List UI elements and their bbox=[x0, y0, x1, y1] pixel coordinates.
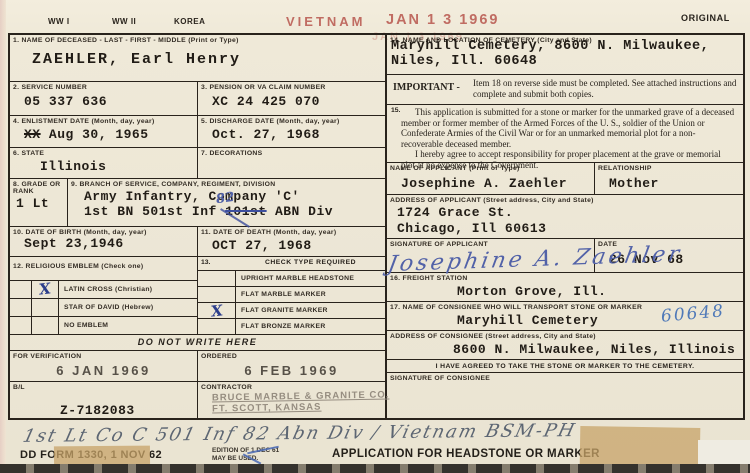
field-label: 11. DATE OF DEATH (Month, day, year) bbox=[198, 227, 385, 237]
field-label: SIGNATURE OF CONSIGNEE bbox=[387, 373, 743, 383]
type-option-flat-marble: FLAT MARBLE MARKER bbox=[198, 286, 385, 302]
field-number: 15. bbox=[391, 107, 400, 114]
grade-rank-value: 1 Lt bbox=[10, 195, 67, 211]
field-label: 3. PENSION OR VA CLAIM NUMBER bbox=[198, 82, 385, 92]
cemetery-line2: Niles, Ill. 60648 bbox=[391, 54, 743, 69]
field-cemetery-name-location: 14. NAME AND LOCATION OF CEMETERY (City … bbox=[387, 35, 743, 75]
va-claim-value: XC 24 425 070 bbox=[198, 92, 385, 109]
field-label: 5. DISCHARGE DATE (Month, day, year) bbox=[198, 116, 385, 126]
received-date-stamp: JAN 1 3 1969 bbox=[386, 12, 499, 28]
option-label: UPRIGHT MARBLE HEADSTONE bbox=[236, 271, 385, 286]
field-applicant-address: ADDRESS OF APPLICANT (Street address, Ci… bbox=[387, 195, 743, 239]
field-label: ORDERED bbox=[198, 351, 385, 361]
emblem-checkbox: X bbox=[32, 281, 59, 298]
branch-line2: 1st BN 501st Inf 101st ABN Div 82 bbox=[68, 204, 385, 219]
enlistment-date-value: XX Aug 30, 1965 bbox=[10, 125, 197, 142]
field-consignee-signature: SIGNATURE OF CONSIGNEE bbox=[387, 373, 743, 418]
applicant-name-value: Josephine A. Zaehler bbox=[387, 173, 594, 191]
do-not-write-band: DO NOT WRITE HERE bbox=[10, 335, 385, 351]
row-grade-branch: 8. GRADE OR RANK 1 Lt 9. BRANCH OF SERVI… bbox=[10, 179, 385, 226]
field-label: 4. ENLISTMENT DATE (Month, day, year) bbox=[10, 116, 197, 126]
field-grade-rank: 8. GRADE OR RANK 1 Lt bbox=[10, 179, 68, 225]
row-birth-death: 10. DATE OF BIRTH (Month, day, year) Sep… bbox=[10, 227, 385, 258]
deceased-name-value: ZAEHLER, Earl Henry bbox=[10, 45, 385, 68]
field-label: B/L bbox=[10, 382, 197, 392]
cemetery-line1: Maryhill Cemetery, 8600 N. Milwaukee, bbox=[391, 39, 743, 54]
field-service-number: 2. SERVICE NUMBER 05 337 636 bbox=[10, 82, 198, 115]
tape-fragment bbox=[580, 426, 701, 467]
field-discharge-date: 5. DISCHARGE DATE (Month, day, year) Oct… bbox=[198, 116, 385, 147]
field-label: 10. DATE OF BIRTH (Month, day, year) bbox=[10, 227, 197, 237]
option-label: FLAT BRONZE MARKER bbox=[236, 319, 385, 334]
applicant-address-line2: Chicago, Ill 60613 bbox=[387, 221, 743, 237]
field-date-of-birth: 10. DATE OF BIRTH (Month, day, year) Sep… bbox=[10, 227, 198, 257]
paper-corner bbox=[698, 440, 750, 466]
field-label: 12. RELIGIOUS EMBLEM (Check one) bbox=[10, 257, 197, 280]
field-name-of-deceased: 1. NAME OF DECEASED - LAST - FIRST - MID… bbox=[10, 35, 385, 82]
dd-form-1330: 1. NAME OF DECEASED - LAST - FIRST - MID… bbox=[8, 33, 745, 420]
important-label: IMPORTANT - bbox=[387, 75, 469, 93]
field-applicant-name: NAME OF APPLICANT (Print or Type) Joseph… bbox=[387, 163, 595, 194]
emblem-option-no-emblem: NO EMBLEM bbox=[10, 316, 197, 334]
field-label: 7. DECORATIONS bbox=[198, 148, 385, 158]
row-applicant-relationship: NAME OF APPLICANT (Print or Type) Joseph… bbox=[387, 163, 743, 195]
verification-date-stamp: 6 JAN 1969 bbox=[10, 363, 197, 378]
discharge-date-value: Oct. 27, 1968 bbox=[198, 125, 385, 142]
death-date-value: OCT 27, 1968 bbox=[198, 236, 385, 253]
bl-number-value: Z-7182083 bbox=[10, 391, 197, 418]
field-state: 6. STATE Illinois bbox=[10, 148, 198, 179]
emblem-checkbox bbox=[32, 299, 59, 316]
emblem-option-star-of-david: STAR OF DAVID (Hebrew) bbox=[10, 298, 197, 316]
type-option-flat-bronze: FLAT BRONZE MARKER bbox=[198, 318, 385, 334]
field-ordered: ORDERED 6 FEB 1969 bbox=[198, 351, 385, 381]
field-date-of-death: 11. DATE OF DEATH (Month, day, year) OCT… bbox=[198, 227, 385, 257]
do-not-write-label: DO NOT WRITE HERE bbox=[138, 335, 258, 350]
field-branch-of-service: 9. BRANCH OF SERVICE, COMPANY, REGIMENT,… bbox=[68, 179, 385, 225]
field-decorations: 7. DECORATIONS bbox=[198, 148, 385, 179]
state-value: Illinois bbox=[10, 157, 197, 174]
field-application-statement: 15. This application is submitted for a … bbox=[387, 105, 743, 163]
option-label: LATIN CROSS (Christian) bbox=[59, 281, 197, 298]
agreement-text: I HAVE AGREED TO TAKE THE STONE OR MARKE… bbox=[436, 360, 695, 372]
war-tab-ww1: WW I bbox=[48, 17, 70, 26]
option-label: NO EMBLEM bbox=[59, 317, 197, 334]
row-bl-contractor: B/L Z-7182083 CONTRACTOR BRUCE MARBLE & … bbox=[10, 382, 385, 419]
field-relationship: RELATIONSHIP Mother bbox=[595, 163, 743, 194]
field-for-verification: FOR VERIFICATION 6 JAN 1969 bbox=[10, 351, 198, 381]
field-contractor: CONTRACTOR BRUCE MARBLE & GRANITE CO. FT… bbox=[198, 382, 385, 419]
contractor-stamp: BRUCE MARBLE & GRANITE CO. FT. SCOTT, KA… bbox=[212, 389, 390, 414]
consignee-address-value: 8600 N. Milwaukee, Niles, Illinois bbox=[387, 341, 743, 357]
handwritten-service-note: 1st Lt Co C 501 Inf 82 Abn Div / Vietnam… bbox=[21, 420, 579, 447]
check-x-mark: X bbox=[39, 281, 51, 296]
handwritten-unit-correction: 82 bbox=[215, 189, 236, 207]
ordered-date-stamp: 6 FEB 1969 bbox=[198, 363, 385, 378]
vietnam-stamp: VIETNAM bbox=[286, 14, 366, 29]
check-x-mark: X bbox=[210, 303, 222, 318]
option-label: FLAT MARBLE MARKER bbox=[236, 287, 385, 302]
decorations-value bbox=[198, 157, 385, 159]
form-title: APPLICATION FOR HEADSTONE OR MARKER bbox=[332, 448, 600, 460]
field-label: ADDRESS OF APPLICANT (Street address, Ci… bbox=[387, 195, 743, 205]
type-checkbox: X bbox=[198, 303, 236, 318]
type-checkbox bbox=[198, 319, 236, 334]
checkbox-spacer bbox=[10, 281, 32, 298]
scan-bottom-edge bbox=[0, 464, 750, 473]
field-consignee-address: ADDRESS OF CONSIGNEE (Street address, Ci… bbox=[387, 331, 743, 360]
row-signature-date: SIGNATURE OF APPLICANT Josephine A. Zaeh… bbox=[387, 239, 743, 273]
applicant-address-line1: 1724 Grace St. bbox=[387, 205, 743, 221]
field-consignee-name: 17. NAME OF CONSIGNEE WHO WILL TRANSPORT… bbox=[387, 302, 743, 331]
type-checkbox bbox=[198, 287, 236, 302]
field-label: FOR VERIFICATION bbox=[10, 351, 197, 361]
field-bl: B/L Z-7182083 bbox=[10, 382, 198, 419]
field-label: 2. SERVICE NUMBER bbox=[10, 82, 197, 92]
type-checkbox bbox=[198, 271, 236, 286]
statement-paragraph-1: This application is submitted for a ston… bbox=[387, 107, 743, 149]
form-left-column: 1. NAME OF DECEASED - LAST - FIRST - MID… bbox=[10, 35, 387, 418]
form-right-column: 14. NAME AND LOCATION OF CEMETERY (City … bbox=[387, 35, 743, 418]
overstrike-chars: XX bbox=[24, 127, 41, 142]
row-enlist-discharge: 4. ENLISTMENT DATE (Month, day, year) XX… bbox=[10, 116, 385, 148]
emblem-option-latin-cross: X LATIN CROSS (Christian) bbox=[10, 280, 197, 298]
field-applicant-signature: SIGNATURE OF APPLICANT Josephine A. Zaeh… bbox=[387, 239, 595, 272]
row-service-pension: 2. SERVICE NUMBER 05 337 636 3. PENSION … bbox=[10, 82, 385, 116]
check-type-header: 13. CHECK TYPE REQUIRED bbox=[198, 257, 385, 270]
field-check-type-required: 13. CHECK TYPE REQUIRED UPRIGHT MARBLE H… bbox=[198, 257, 385, 334]
scan-left-edge bbox=[0, 0, 6, 466]
field-freight-station: 16. FREIGHT STATION Morton Grove, Ill. bbox=[387, 273, 743, 302]
field-number: 13. bbox=[198, 257, 236, 270]
copy-type-label: ORIGINAL bbox=[681, 13, 730, 23]
relationship-value: Mother bbox=[595, 173, 743, 191]
type-option-upright-marble: UPRIGHT MARBLE HEADSTONE bbox=[198, 270, 385, 286]
row-state-decorations: 6. STATE Illinois 7. DECORATIONS bbox=[10, 148, 385, 180]
type-option-flat-granite: X FLAT GRANITE MARKER bbox=[198, 302, 385, 318]
war-tab-korea: KOREA bbox=[174, 17, 205, 26]
row-verification-ordered: FOR VERIFICATION 6 JAN 1969 ORDERED 6 FE… bbox=[10, 351, 385, 382]
checkbox-spacer bbox=[10, 299, 32, 316]
checkbox-spacer bbox=[10, 317, 32, 334]
agreement-band: I HAVE AGREED TO TAKE THE STONE OR MARKE… bbox=[387, 360, 743, 373]
freight-station-value: Morton Grove, Ill. bbox=[387, 283, 743, 299]
field-label: 1. NAME OF DECEASED - LAST - FIRST - MID… bbox=[10, 35, 385, 45]
option-label: FLAT GRANITE MARKER bbox=[236, 303, 385, 318]
important-notice: IMPORTANT - Item 18 on reverse side must… bbox=[387, 75, 743, 105]
emblem-checkbox bbox=[32, 317, 59, 334]
option-label: STAR OF DAVID (Hebrew) bbox=[59, 299, 197, 316]
important-text: Item 18 on reverse side must be complete… bbox=[469, 75, 743, 99]
field-label: ADDRESS OF CONSIGNEE (Street address, Ci… bbox=[387, 331, 743, 341]
field-label: NAME OF APPLICANT (Print or Type) bbox=[387, 163, 594, 173]
service-number-value: 05 337 636 bbox=[10, 92, 197, 109]
field-label: CHECK TYPE REQUIRED bbox=[236, 257, 385, 270]
field-va-claim-number: 3. PENSION OR VA CLAIM NUMBER XC 24 425 … bbox=[198, 82, 385, 115]
war-tab-ww2: WW II bbox=[112, 17, 136, 26]
row-emblem-type: 12. RELIGIOUS EMBLEM (Check one) X LATIN… bbox=[10, 257, 385, 335]
field-religious-emblem: 12. RELIGIOUS EMBLEM (Check one) X LATIN… bbox=[10, 257, 198, 334]
field-label: 9. BRANCH OF SERVICE, COMPANY, REGIMENT,… bbox=[68, 179, 385, 189]
birth-date-value: Sept 23,1946 bbox=[10, 236, 197, 251]
field-label: 8. GRADE OR RANK bbox=[10, 179, 67, 195]
field-enlistment-date: 4. ENLISTMENT DATE (Month, day, year) XX… bbox=[10, 116, 198, 147]
field-label: 6. STATE bbox=[10, 148, 197, 158]
field-label: RELATIONSHIP bbox=[595, 163, 743, 173]
